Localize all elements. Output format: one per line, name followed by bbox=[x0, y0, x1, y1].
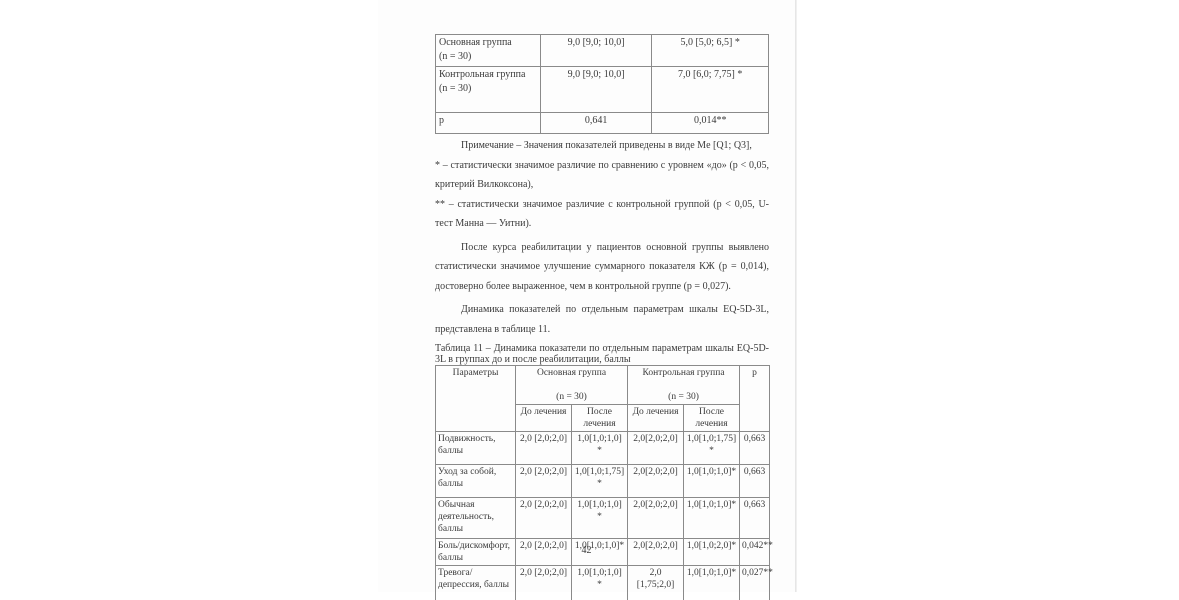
main-after: 1,0[1,0;1,0] * bbox=[572, 566, 628, 600]
param-label: Обычная деятельность, баллы bbox=[436, 498, 516, 539]
note-line: Примечание – Значения показателей привед… bbox=[435, 136, 769, 156]
header-n: (n = 30) bbox=[556, 392, 587, 402]
control-after: 1,0[1,0;1,0]* bbox=[684, 465, 740, 498]
control-before: 2,0[2,0;2,0] bbox=[628, 498, 684, 539]
table-11: Параметры Основная группа(n = 30) Контро… bbox=[435, 365, 770, 600]
main-after: 1,0[1,0;1,75] * bbox=[572, 465, 628, 498]
value-after: 0,014** bbox=[652, 113, 769, 134]
p-value: 0,663 bbox=[740, 432, 770, 465]
table-row: Основная группа(n = 30) 9,0 [9,0; 10,0] … bbox=[436, 35, 769, 67]
value-before: 0,641 bbox=[540, 113, 652, 134]
page-number: 42 bbox=[378, 545, 795, 556]
table-row: Тревога/депрессия, баллы 2,0 [2,0;2,0] 1… bbox=[436, 566, 770, 600]
table-row: Контрольная группа(n = 30) 9,0 [9,0; 10,… bbox=[436, 67, 769, 113]
row-label: Основная группа(n = 30) bbox=[436, 35, 541, 67]
param-label: Уход за собой, баллы bbox=[436, 465, 516, 498]
header-row: Параметры Основная группа(n = 30) Контро… bbox=[436, 366, 770, 405]
value-before: 9,0 [9,0; 10,0] bbox=[540, 67, 652, 113]
main-before: 2,0 [2,0;2,0] bbox=[516, 465, 572, 498]
value-after: 5,0 [5,0; 6,5] * bbox=[652, 35, 769, 67]
header-after: После лечения bbox=[572, 405, 628, 432]
param-label: Тревога/депрессия, баллы bbox=[436, 566, 516, 600]
main-after: 1,0[1,0;1,0] * bbox=[572, 498, 628, 539]
label-text: Основная группа bbox=[439, 37, 512, 48]
control-before: 2,0 [1,75;2,0] bbox=[628, 566, 684, 600]
sublabel-text: (n = 30) bbox=[439, 51, 471, 62]
control-before: 2,0[2,0;2,0] bbox=[628, 432, 684, 465]
sublabel-text: (n = 30) bbox=[439, 83, 471, 94]
label-text: Контрольная группа bbox=[439, 69, 525, 80]
control-after: 1,0[1,0;1,0]* bbox=[684, 498, 740, 539]
control-after: 1,0[1,0;1,0]* bbox=[684, 566, 740, 600]
row-label: p bbox=[436, 113, 541, 134]
param-label: Подвижность, баллы bbox=[436, 432, 516, 465]
header-text: Основная группа bbox=[537, 368, 606, 378]
main-before: 2,0 [2,0;2,0] bbox=[516, 566, 572, 600]
page-content: Основная группа(n = 30) 9,0 [9,0; 10,0] … bbox=[435, 34, 769, 600]
header-text: Контрольная группа bbox=[642, 368, 724, 378]
p-value: 0,663 bbox=[740, 498, 770, 539]
header-after: После лечения bbox=[684, 405, 740, 432]
main-after: 1,0[1,0;1,0] * bbox=[572, 432, 628, 465]
paragraph: Динамика показателей по отдельным параме… bbox=[435, 300, 769, 339]
header-n: (n = 30) bbox=[668, 392, 699, 402]
table-row: Уход за собой, баллы 2,0 [2,0;2,0] 1,0[1… bbox=[436, 465, 770, 498]
header-control-group: Контрольная группа(n = 30) bbox=[628, 366, 740, 405]
value-before: 9,0 [9,0; 10,0] bbox=[540, 35, 652, 67]
header-params: Параметры bbox=[436, 366, 516, 432]
main-before: 2,0 [2,0;2,0] bbox=[516, 498, 572, 539]
header-p: p bbox=[740, 366, 770, 432]
table-caption: Таблица 11 – Динамика показатели по отде… bbox=[435, 343, 769, 365]
table-10-tail: Основная группа(n = 30) 9,0 [9,0; 10,0] … bbox=[435, 34, 769, 134]
table-row: p 0,641 0,014** bbox=[436, 113, 769, 134]
paragraph: После курса реабилитации у пациентов осн… bbox=[435, 238, 769, 297]
control-after: 1,0[1,0;1,75] * bbox=[684, 432, 740, 465]
row-label: Контрольная группа(n = 30) bbox=[436, 67, 541, 113]
header-main-group: Основная группа(n = 30) bbox=[516, 366, 628, 405]
table-row: Подвижность, баллы 2,0 [2,0;2,0] 1,0[1,0… bbox=[436, 432, 770, 465]
p-value: 0,663 bbox=[740, 465, 770, 498]
document-page: Основная группа(n = 30) 9,0 [9,0; 10,0] … bbox=[378, 0, 796, 592]
header-before: До лечения bbox=[628, 405, 684, 432]
value-after: 7,0 [6,0; 7,75] * bbox=[652, 67, 769, 113]
header-before: До лечения bbox=[516, 405, 572, 432]
control-before: 2,0[2,0;2,0] bbox=[628, 465, 684, 498]
main-before: 2,0 [2,0;2,0] bbox=[516, 432, 572, 465]
note-line: * – статистически значимое различие по с… bbox=[435, 156, 769, 195]
p-value: 0,027** bbox=[740, 566, 770, 600]
table-row: Обычная деятельность, баллы 2,0 [2,0;2,0… bbox=[436, 498, 770, 539]
table-notes: Примечание – Значения показателей привед… bbox=[435, 136, 769, 234]
note-line: ** – статистически значимое различие с к… bbox=[435, 195, 769, 234]
